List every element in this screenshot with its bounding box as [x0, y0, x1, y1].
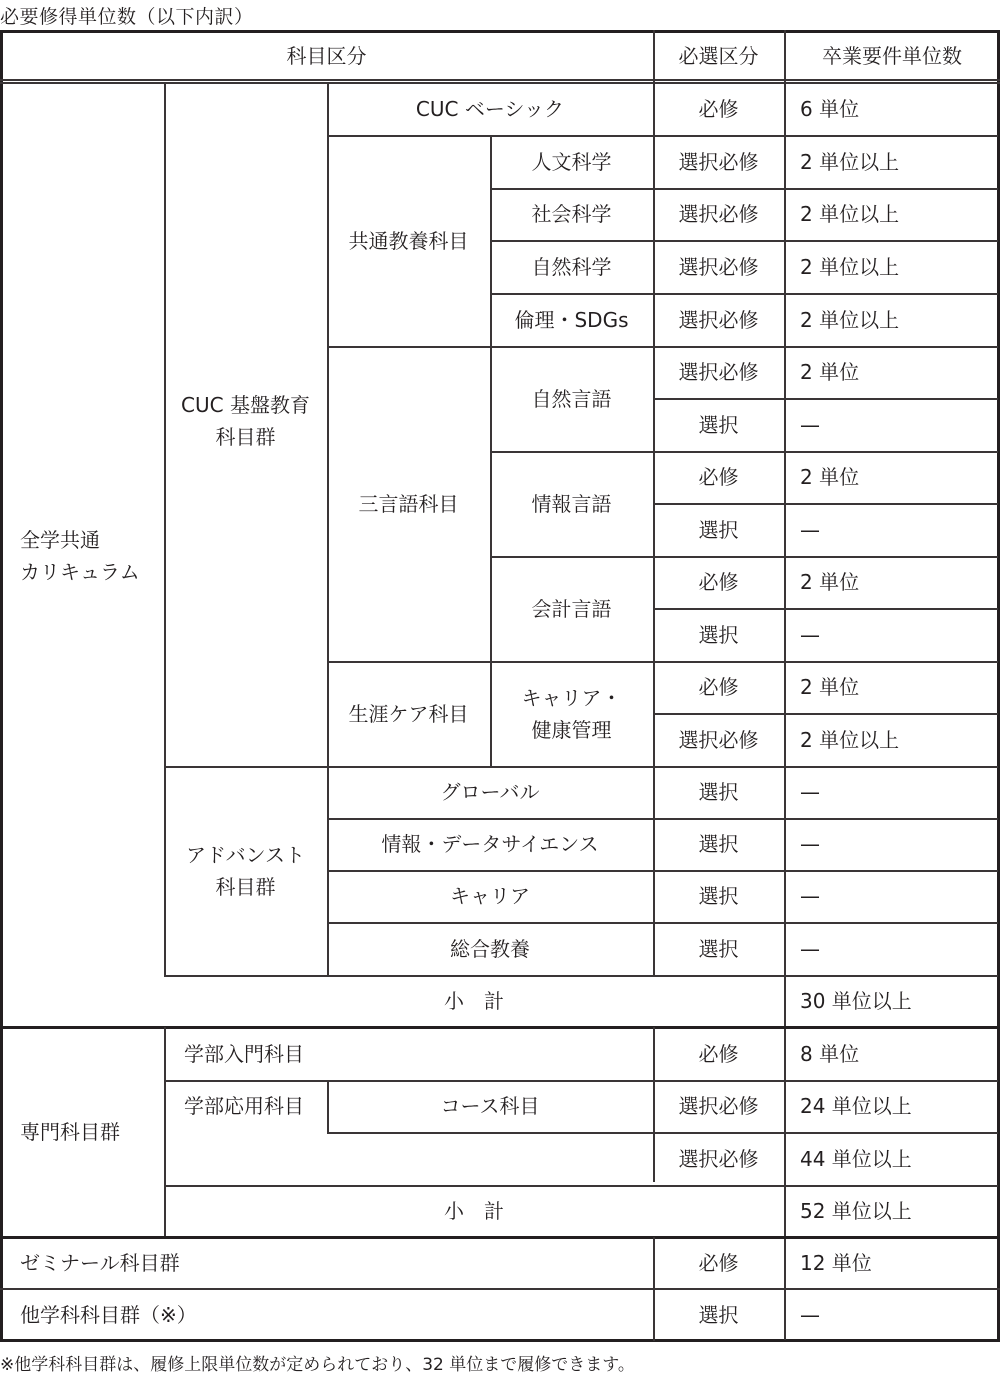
header-type: 必選区分	[653, 30, 784, 82]
subtotal-label: 小 計	[164, 1185, 784, 1237]
group-gakubu-oyo: 学部応用科目	[164, 1080, 327, 1132]
divider	[653, 713, 998, 715]
row-name: CUC ベーシック	[327, 83, 653, 135]
divider	[653, 1027, 655, 1182]
divider	[327, 1132, 998, 1134]
divider	[164, 766, 998, 768]
row-credits: —	[784, 503, 1000, 556]
row-credits: 2 単位以上	[784, 188, 1000, 240]
row-name: グローバル	[327, 766, 653, 818]
row-type: 選択	[653, 870, 784, 922]
divider	[327, 346, 998, 348]
row-name: 学部入門科目	[164, 1027, 653, 1080]
divider	[327, 661, 998, 663]
section-divider	[0, 1026, 1000, 1029]
row-name: 情報・データサイエンス	[327, 818, 653, 870]
row-credits: 24 単位以上	[784, 1080, 1000, 1132]
row-type: 選択	[653, 766, 784, 818]
row-credits: —	[784, 766, 1000, 818]
subtotal-label: 小 計	[164, 975, 784, 1027]
divider	[490, 293, 998, 295]
row-type: 必修	[653, 1237, 784, 1289]
row-credits: 2 単位以上	[784, 135, 1000, 188]
row-type: 必修	[653, 451, 784, 503]
divider	[327, 135, 785, 137]
row-credits: 2 単位	[784, 661, 1000, 713]
row-credits: 8 単位	[784, 1027, 1000, 1080]
page-title: 必要修得単位数（以下内訳）	[0, 2, 254, 29]
row-type: 必修	[653, 661, 784, 713]
divider	[784, 135, 998, 137]
divider	[164, 83, 166, 975]
row-type: 必修	[653, 556, 784, 608]
divider	[164, 1185, 998, 1187]
row-credits: —	[784, 870, 1000, 922]
row-name: キャリア・ 健康管理	[490, 661, 653, 766]
divider	[327, 83, 329, 975]
row-name: 総合教養	[327, 922, 653, 975]
row-type: 必修	[653, 83, 784, 135]
group-kiban: CUC 基盤教育 科目群	[164, 83, 327, 713]
divider	[327, 870, 998, 872]
row-type: 選択必修	[653, 713, 784, 766]
row-name: 自然科学	[490, 240, 653, 293]
row-type: 選択	[653, 503, 784, 556]
row-type: 選択必修	[653, 293, 784, 346]
divider	[164, 1080, 998, 1082]
row-credits: 2 単位	[784, 346, 1000, 398]
group-kyotsu: 共通教養科目	[327, 135, 490, 346]
subtotal-credits: 52 単位以上	[784, 1185, 1000, 1237]
table-border	[0, 1339, 1000, 1342]
row-name: キャリア	[327, 870, 653, 922]
row-credits: —	[784, 818, 1000, 870]
row-type: 選択必修	[653, 240, 784, 293]
credits-table: 科目区分 必選区分 卒業要件単位数 全学共通 カリキュラム CUC 基盤教育 科…	[0, 30, 1000, 1342]
row-type: 選択必修	[653, 1132, 784, 1185]
row-credits: 2 単位以上	[784, 293, 1000, 346]
row-name: 社会科学	[490, 188, 653, 240]
divider	[327, 818, 998, 820]
row-credits: 2 単位以上	[784, 240, 1000, 293]
row-credits: —	[784, 398, 1000, 451]
group-advanced: アドバンスト 科目群	[164, 766, 327, 975]
divider	[0, 1288, 1000, 1290]
divider	[784, 30, 786, 1340]
row-name: 人文科学	[490, 135, 653, 188]
divider	[490, 188, 998, 190]
row-name: 会計言語	[490, 556, 653, 661]
row-credits: 2 単位以上	[784, 713, 1000, 766]
row-name: 倫理・SDGs	[490, 293, 653, 346]
divider	[0, 82, 1000, 84]
divider	[0, 79, 1000, 81]
row-name: 他学科科目群（※）	[0, 1289, 653, 1341]
header-category: 科目区分	[0, 30, 653, 82]
divider	[653, 398, 998, 400]
subtotal-credits: 30 単位以上	[784, 975, 1000, 1027]
table-border	[0, 30, 1000, 33]
row-credits: —	[784, 608, 1000, 661]
row-name: 情報言語	[490, 451, 653, 556]
footnote: ※他学科科目群は、履修上限単位数が定められており、32 単位まで履修できます。	[0, 1350, 635, 1375]
row-credits: —	[784, 922, 1000, 975]
row-credits: 2 単位	[784, 451, 1000, 503]
row-credits: 44 単位以上	[784, 1132, 1000, 1185]
row-type: 選択必修	[653, 135, 784, 188]
divider	[164, 1027, 166, 1237]
divider	[490, 451, 998, 453]
row-type: 選択	[653, 1289, 784, 1341]
divider	[164, 975, 998, 977]
divider	[490, 240, 998, 242]
header-credits: 卒業要件単位数	[784, 30, 1000, 82]
table-border	[0, 30, 3, 1342]
row-type: 選択	[653, 398, 784, 451]
row-type: 必修	[653, 1027, 784, 1080]
group-senmon: 専門科目群	[0, 1027, 164, 1237]
row-type: 選択	[653, 608, 784, 661]
row-credits: 2 単位	[784, 556, 1000, 608]
row-credits: —	[784, 1289, 1000, 1341]
row-type: 選択必修	[653, 1080, 784, 1132]
row-type: 選択	[653, 818, 784, 870]
section-divider	[0, 1236, 1000, 1239]
row-name: 自然言語	[490, 346, 653, 451]
row-name: コース科目	[327, 1080, 653, 1132]
divider	[653, 503, 998, 505]
group-sangengo: 三言語科目	[327, 346, 490, 661]
row-type: 選択必修	[653, 346, 784, 398]
group-zengaku: 全学共通 カリキュラム	[0, 83, 164, 1028]
divider	[327, 1080, 329, 1132]
row-type: 選択	[653, 922, 784, 975]
group-shogai: 生涯ケア科目	[327, 661, 490, 766]
divider	[327, 922, 998, 924]
divider	[490, 556, 998, 558]
row-name: ゼミナール科目群	[0, 1237, 653, 1289]
divider	[653, 608, 998, 610]
row-type: 選択必修	[653, 188, 784, 240]
row-credits: 6 単位	[784, 83, 1000, 135]
row-credits: 12 単位	[784, 1237, 1000, 1289]
